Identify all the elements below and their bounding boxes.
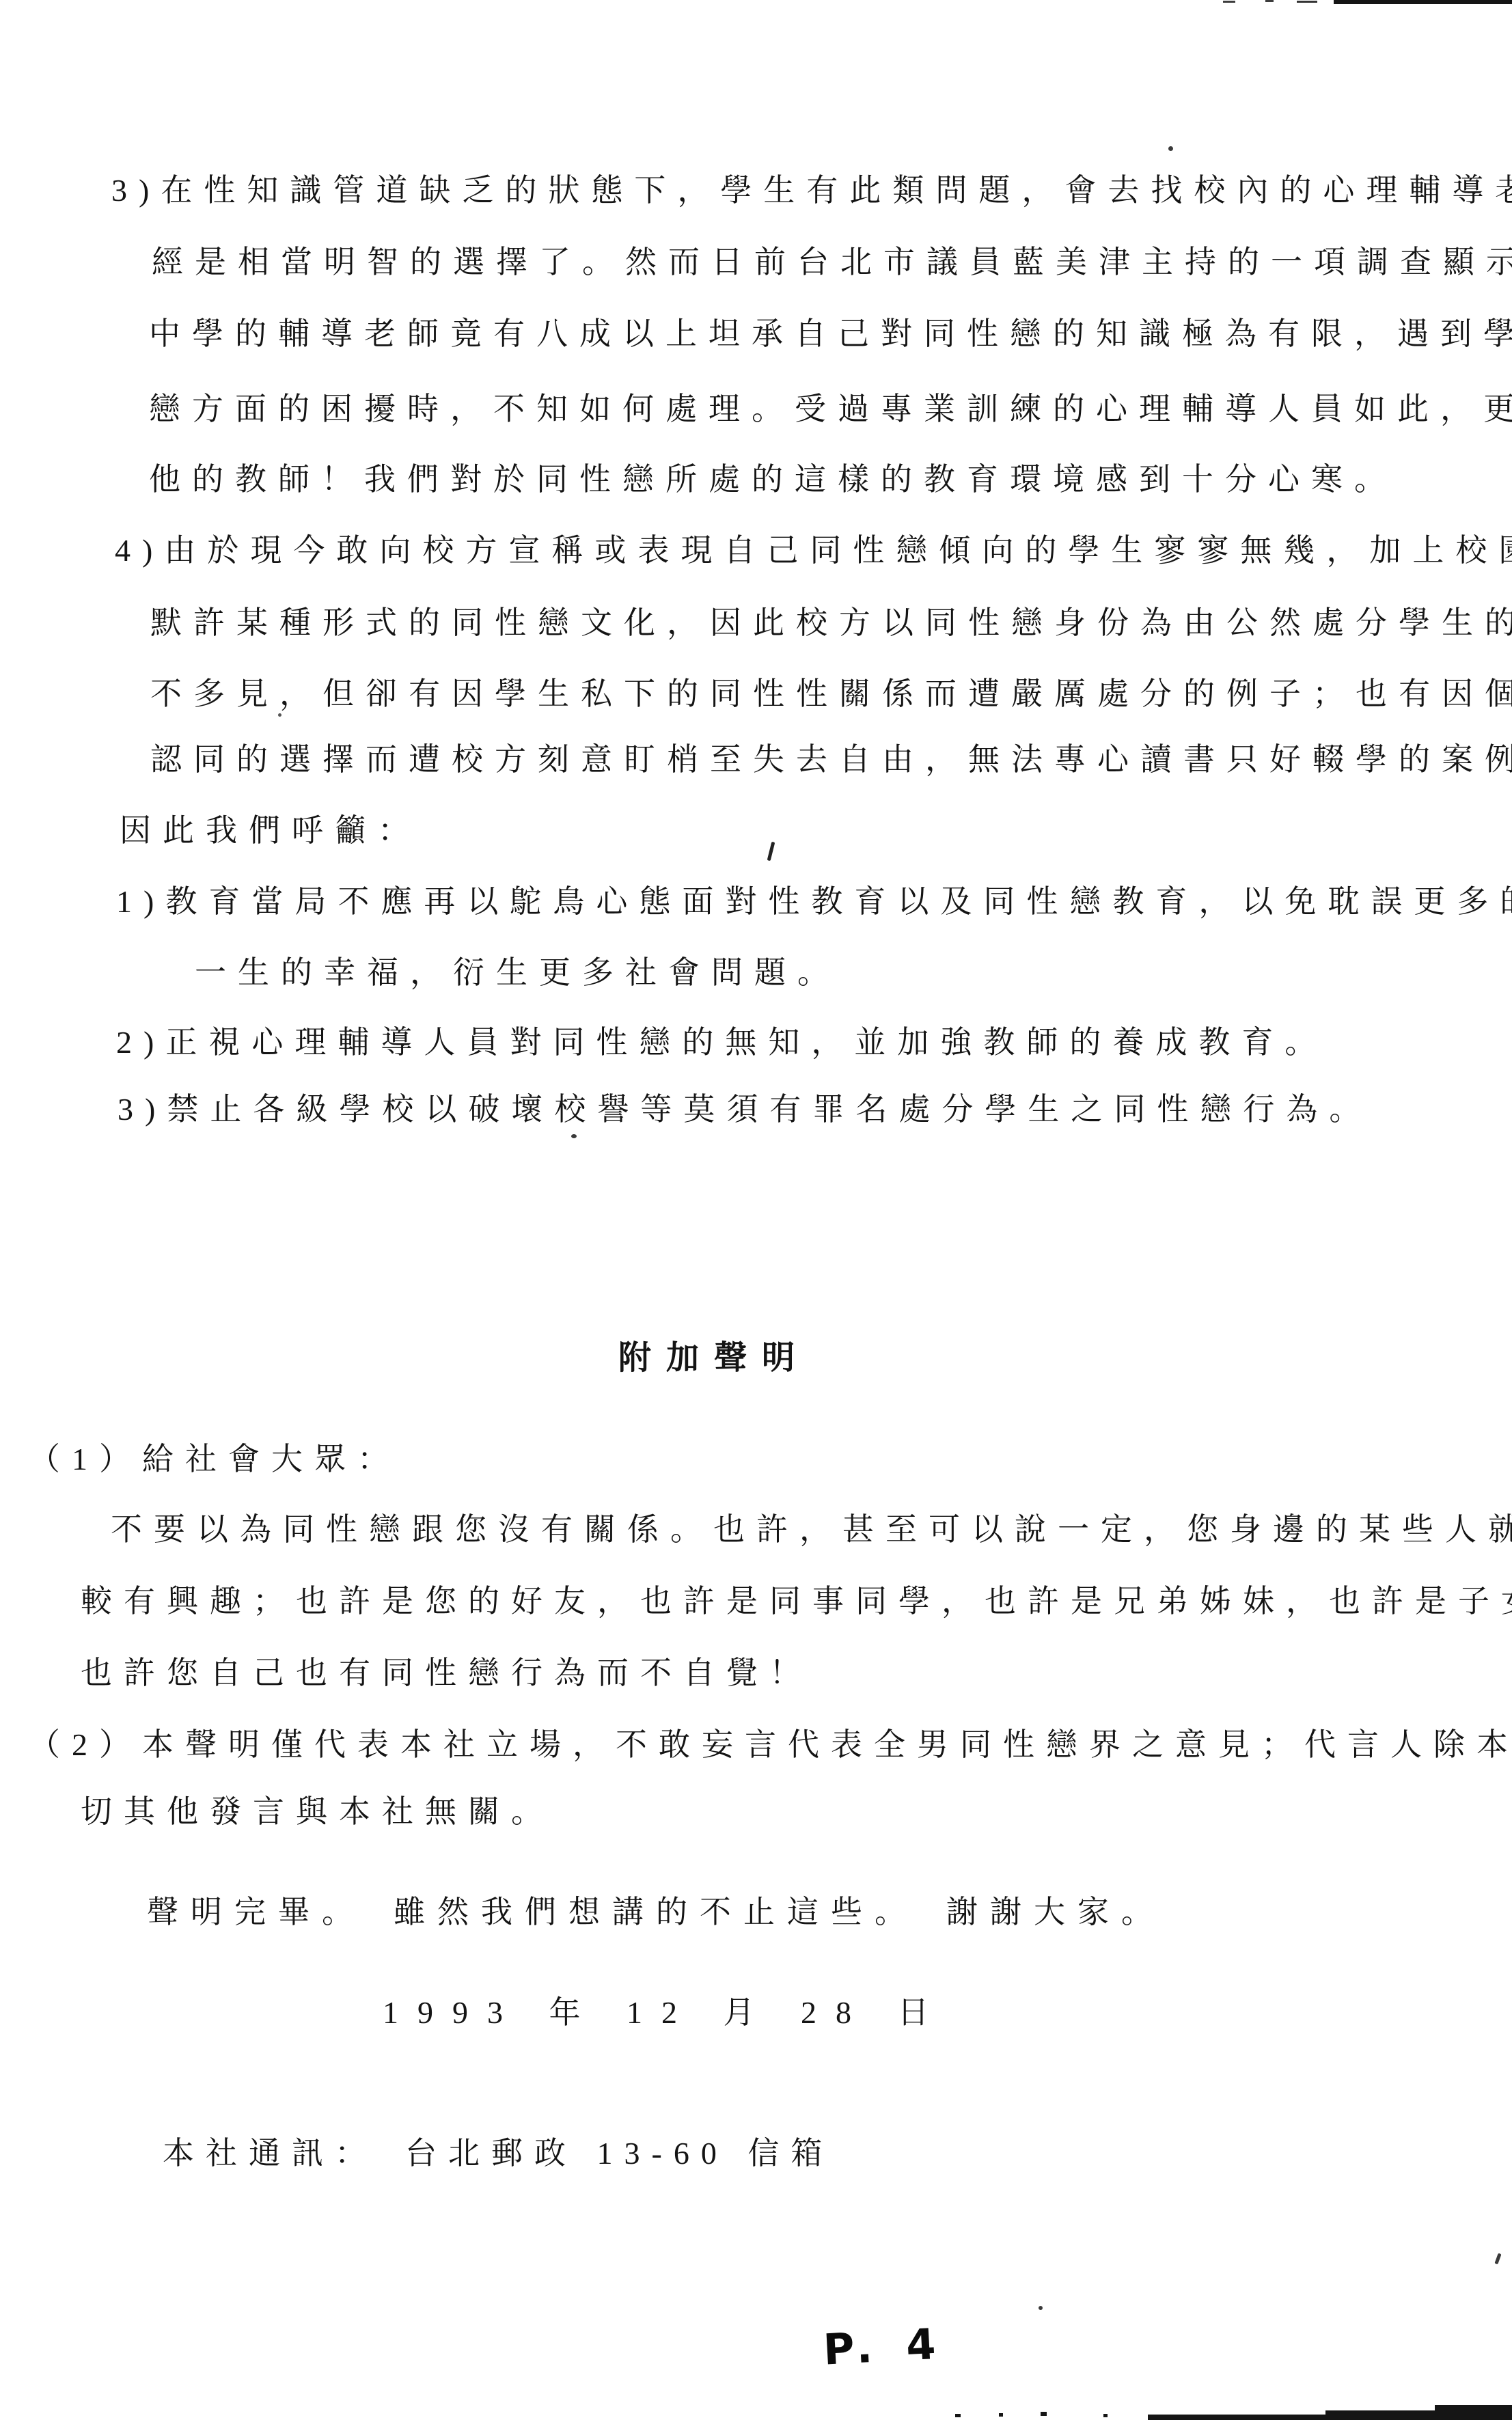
to-public-line-2: 不要以為同性戀跟您沒有關係。也許，甚至可以說一定，您身邊的某些人就 [111,1513,1512,1546]
handwritten-tick-mark [767,842,775,861]
scan-artifact-bottom-dot [1041,2412,1047,2416]
item3-line-5: 他的教師！我們對於同性戀所處的這樣的教育環境感到十分心寒。 [149,463,1397,496]
scan-artifact-top-speck [1223,1,1235,3]
appendix-title: 附加聲明 [618,1341,810,1375]
to-public-line-4: 也許您自己也有同性戀行為而不自覺！ [81,1657,812,1690]
item4-line-1: 4)由於現今敢向校方宣稱或表現自己同性戀傾向的學生寥寥無幾，加上校園 [115,534,1512,567]
scan-artifact-top-speck [1265,0,1274,2]
item4-line-4: 認同的選擇而遭校方刻意盯梢至失去自由，無法專心讀書只好輟學的案例 [150,743,1512,776]
scan-artifact-top-speck [1297,1,1317,3]
item3-line-4: 戀方面的困擾時，不知如何處理。受過專業訓練的心理輔導人員如此，更 [149,393,1512,426]
date-line: 1993 年 12 月 28 日 [383,1996,948,2029]
scan-speck [1168,146,1173,151]
scan-artifact-bottom-strip [1435,2405,1512,2420]
item4-line-3: 不多見，但卻有因學生私下的同性性關係而遭嚴厲處分的例子；也有因個 [150,678,1512,711]
demand-line-2: 2)正視心理輔導人員對同性戀的無知，並加強教師的養成教育。 [116,1026,1328,1059]
closing-line: 聲明完畢。 雖然我們想講的不止這些。 謝謝大家。 [147,1896,1165,1929]
scan-speck [278,713,281,717]
to-public-line-3: 較有興趣；也許是您的好友，也許是同事同學，也許是兄弟姊妹，也許是子女 [81,1585,1512,1618]
demand-line-3: 3)禁止各級學校以破壞校譽等莫須有罪名處分學生之同性戀行為。 [118,1093,1372,1126]
scan-artifact-bottom-dot [1103,2414,1108,2417]
item3-line-1: 3)在性知識管道缺乏的狀態下，學生有此類問題，會去找校內的心理輔導老 [111,174,1512,207]
demand-line-1-cont: 一生的幸福，衍生更多社會問題。 [195,957,840,989]
disclaimer-line-1: （2）本聲明僅代表本社立場，不敢妄言代表全男同性戀界之意見；代言人除本聲明 [29,1729,1512,1761]
disclaimer-line-2: 切其他發言與本社無關。 [81,1796,554,1828]
item4-line-2: 默許某種形式的同性戀文化，因此校方以同性戀身份為由公然處分學生的 [150,607,1512,640]
item3-line-2: 經是相當明智的選擇了。然而日前台北市議員藍美津主持的一項調查顯示 [152,246,1512,279]
handwritten-page-number: P. 4 [822,2318,946,2374]
to-public-heading: （1）給社會大眾： [29,1443,400,1476]
contact-line: 本社通訊： 台北郵政 13-60 信箱 [163,2137,834,2170]
scan-speck [1039,2306,1043,2310]
scan-speck [1494,2253,1501,2265]
demand-line-1: 1)教育當局不應再以鴕鳥心態面對性教育以及同性戀教育，以免耽誤更多的 [116,885,1512,918]
scanned-document-page: 3)在性知識管道缺乏的狀態下，學生有此類問題，會去找校內的心理輔導老 經是相當明… [0,0,1512,2420]
scan-artifact-bottom-dot [999,2413,1003,2417]
scan-artifact-bottom-dot [955,2414,961,2417]
item3-line-3: 中學的輔導老師竟有八成以上坦承自己對同性戀的知識極為有限，遇到學 [149,318,1512,350]
scan-speck [571,1134,577,1138]
call-to-action: 因此我們呼籲： [120,814,421,847]
scan-artifact-top-right-bar [1334,0,1512,4]
